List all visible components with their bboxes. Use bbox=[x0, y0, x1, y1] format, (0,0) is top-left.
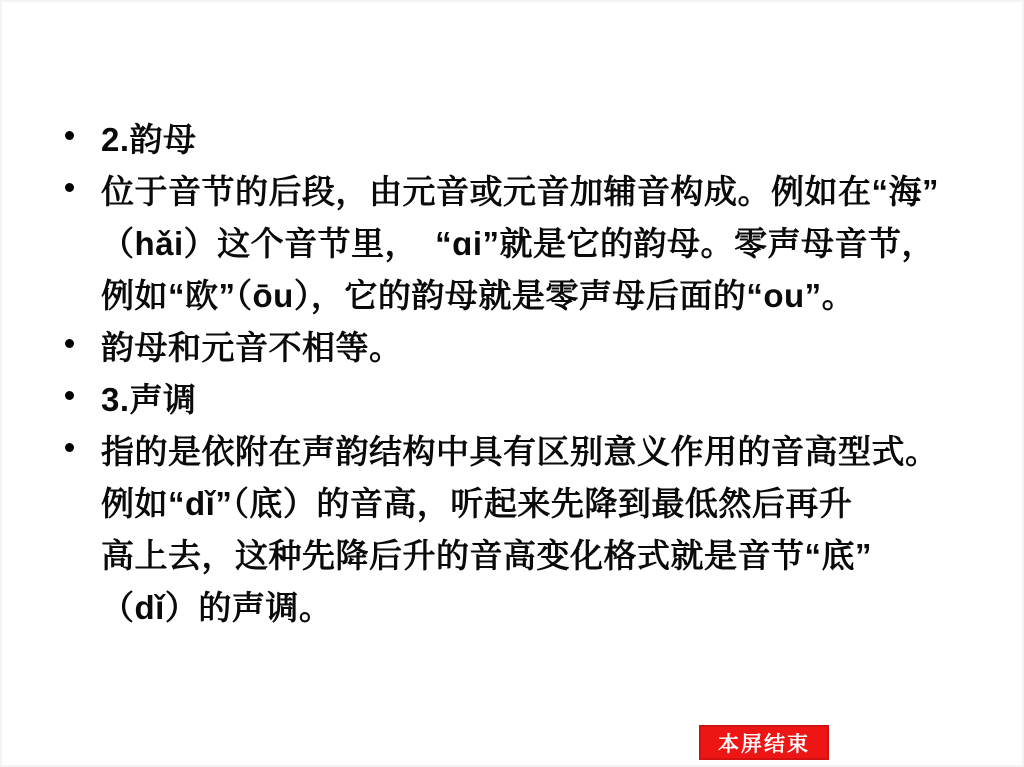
text-line: 例如“欧”（ōu），它的韵母就是零声母后面的“ou”。 bbox=[101, 270, 983, 322]
item-shengdiao-heading: 3.声调 bbox=[63, 374, 983, 426]
text-line: 韵母和元音不相等。 bbox=[101, 322, 983, 374]
bullet-icon bbox=[65, 391, 74, 400]
item-yunmu-definition: 位于音节的后段，由元音或元音加辅音构成。例如在“海” （hǎi）这个音节里， “… bbox=[63, 166, 983, 322]
text-line: （dǐ）的声调。 bbox=[101, 582, 983, 634]
item-yunmu-heading: 2.韵母 bbox=[63, 114, 983, 166]
text-line: 高上去，这种先降后升的音高变化格式就是音节“底” bbox=[101, 530, 983, 582]
text-line: 例如“dǐ”（底）的音高，听起来先降到最低然后再升 bbox=[101, 478, 983, 530]
item-yunmu-vowel-note: 韵母和元音不相等。 bbox=[63, 322, 983, 374]
bullet-icon bbox=[65, 131, 74, 140]
text-line: 位于音节的后段，由元音或元音加辅音构成。例如在“海” bbox=[101, 166, 983, 218]
text-line: 3.声调 bbox=[101, 374, 983, 426]
bullet-icon bbox=[65, 183, 74, 192]
text-line: 2.韵母 bbox=[101, 114, 983, 166]
text-line: 指的是依附在声韵结构中具有区别意义作用的音高型式。 bbox=[101, 426, 983, 478]
text-line: （hǎi）这个音节里， “ɑi”就是它的韵母。零声母音节， bbox=[101, 218, 983, 270]
end-screen-button[interactable]: 本屏结束 bbox=[699, 725, 829, 760]
slide-content: 2.韵母 位于音节的后段，由元音或元音加辅音构成。例如在“海” （hǎi）这个音… bbox=[63, 114, 983, 634]
item-shengdiao-definition: 指的是依附在声韵结构中具有区别意义作用的音高型式。 例如“dǐ”（底）的音高，听… bbox=[63, 426, 983, 634]
bullet-icon bbox=[65, 443, 74, 452]
bullet-icon bbox=[65, 339, 74, 348]
presentation-slide: 2.韵母 位于音节的后段，由元音或元音加辅音构成。例如在“海” （hǎi）这个音… bbox=[0, 0, 1024, 767]
